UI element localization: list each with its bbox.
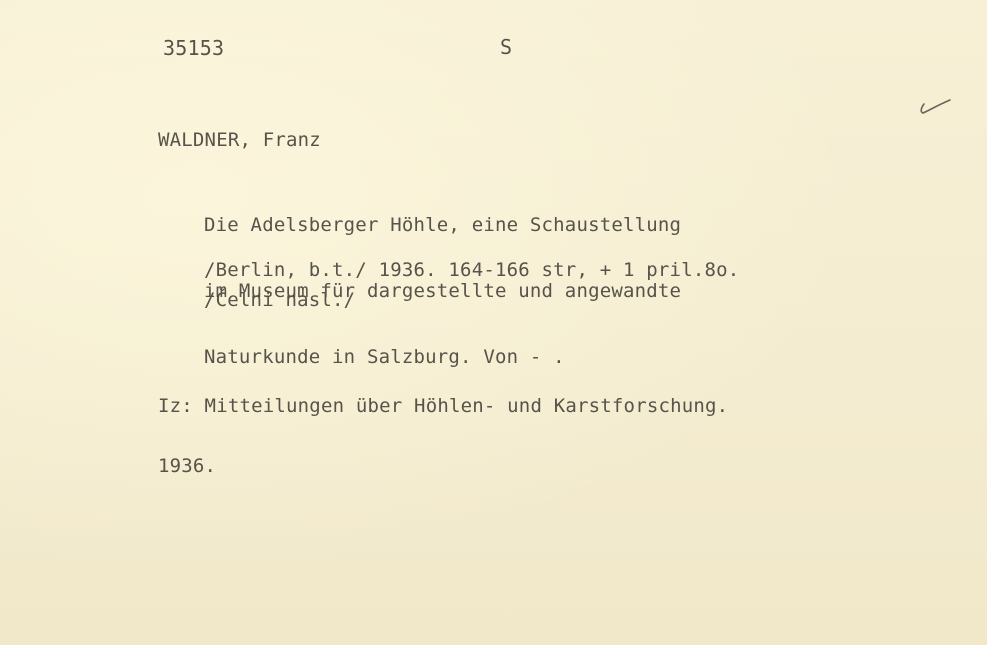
section-mark: S	[500, 37, 512, 57]
title-line: Die Adelsberger Höhle, eine Schaustellun…	[204, 214, 681, 236]
source-line: 1936.	[158, 456, 728, 476]
source-block: Iz: Mitteilungen über Höhlen- und Karstf…	[158, 356, 728, 516]
author-heading: WALDNER, Franz	[158, 130, 321, 150]
title-note: /Čelni nasl./	[204, 290, 355, 310]
catalog-card: 35153 S WALDNER, Franz Die Adelsberger H…	[0, 0, 987, 645]
call-number: 35153	[163, 38, 224, 58]
source-line: Iz: Mitteilungen über Höhlen- und Karstf…	[158, 396, 728, 416]
imprint-line: /Berlin, b.t./ 1936. 164-166 str, + 1 pr…	[204, 260, 739, 280]
check-mark-icon	[918, 98, 952, 118]
